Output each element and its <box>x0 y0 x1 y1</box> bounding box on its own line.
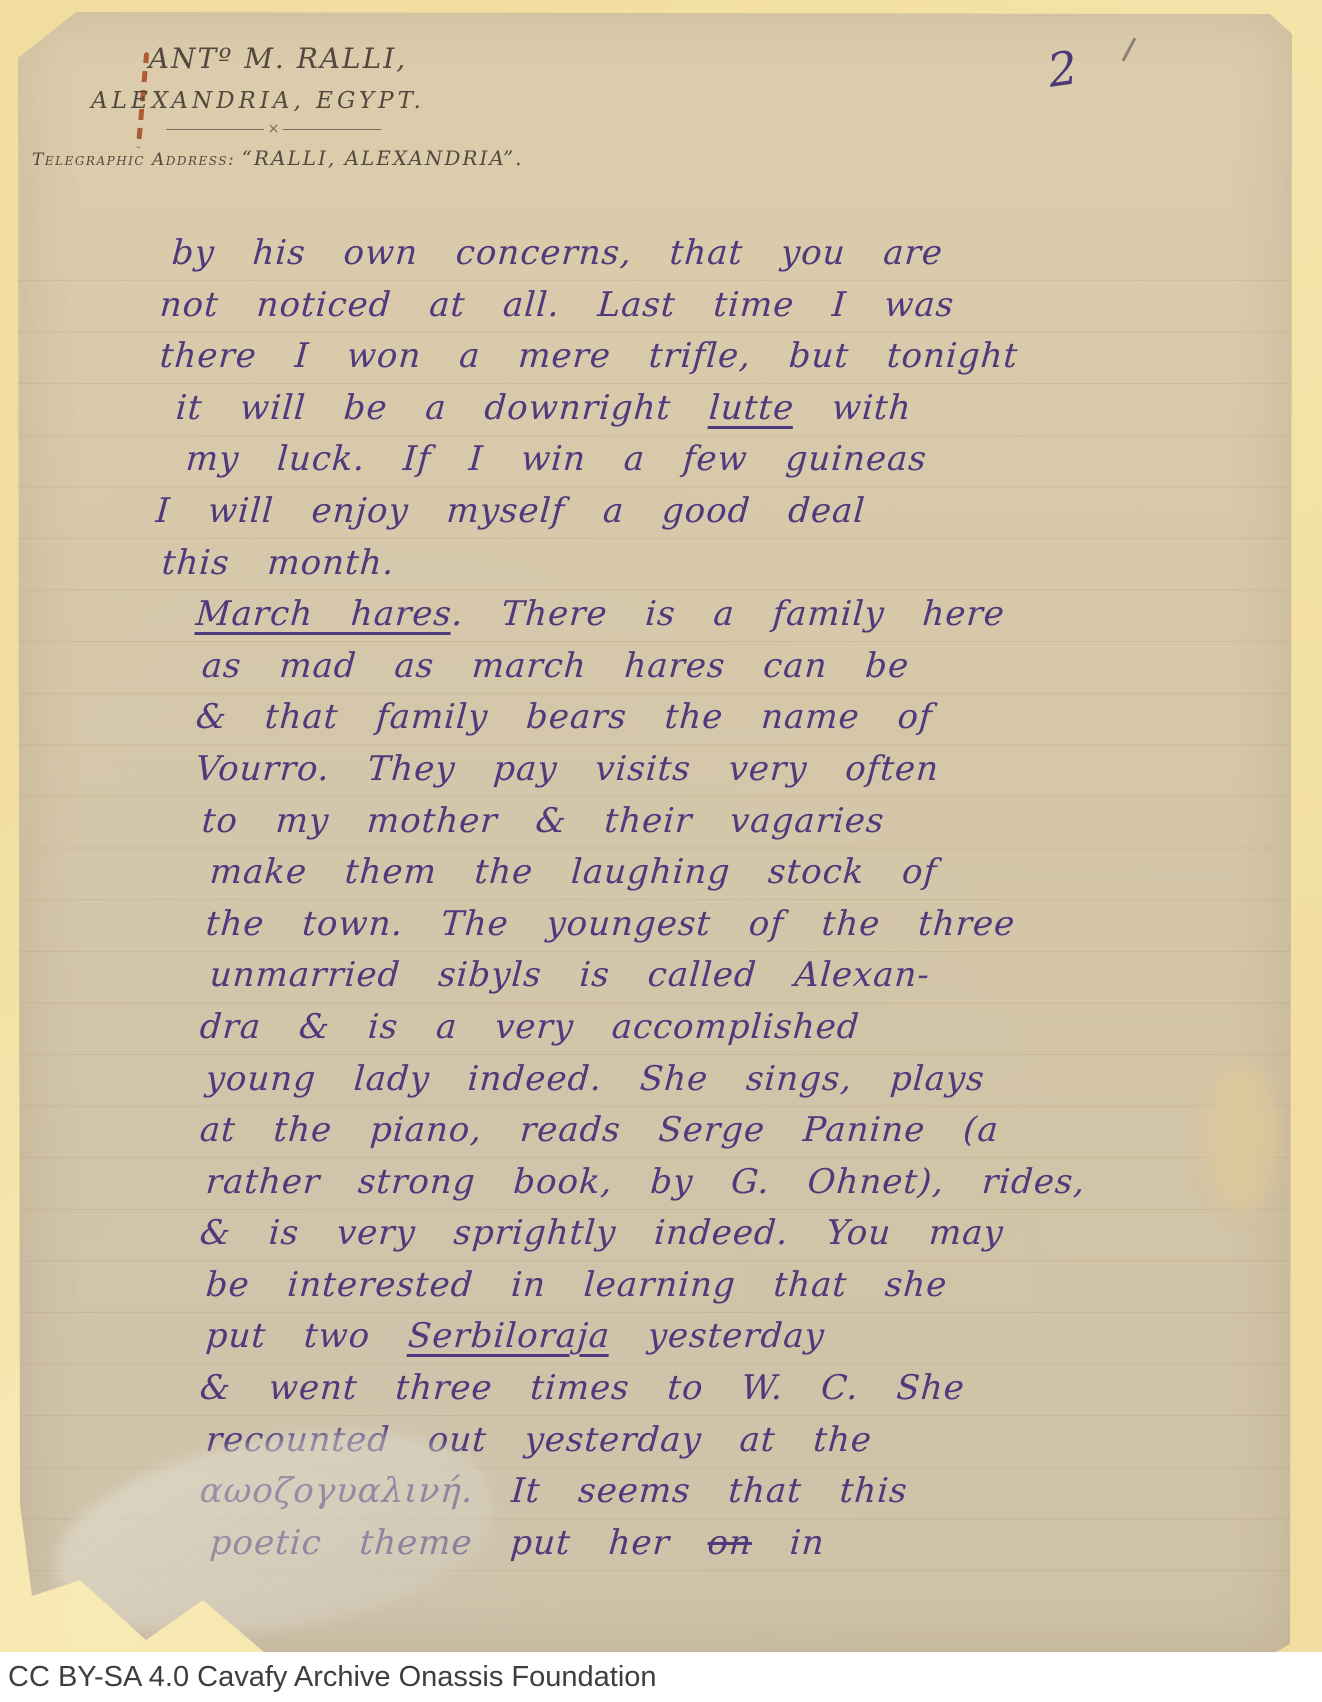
text-segment: with <box>793 388 913 428</box>
handwritten-line: & that family bears the name of <box>150 692 1284 744</box>
text-segment: my luck. If I win a few guineas <box>184 439 928 479</box>
text-segment: young lady indeed. She sings, plays <box>204 1059 986 1099</box>
letterhead-city: ALEXANDRIA, EGYPT. <box>68 88 448 114</box>
text-segment: it will be a downright <box>174 388 710 428</box>
handwritten-line: by his own concerns, that you are <box>150 228 1284 280</box>
text-segment: I will enjoy myself a good deal <box>154 491 866 531</box>
handwritten-line: the town. The youngest of the three <box>150 899 1284 951</box>
telegraphic-value: “RALLI, ALEXANDRIA”. <box>242 146 524 170</box>
handwritten-line: rather strong book, by G. Ohnet), rides, <box>150 1157 1284 1209</box>
handwritten-line: as mad as march hares can be <box>150 641 1284 693</box>
text-segment: & is very sprightly indeed. You may <box>198 1213 1005 1253</box>
text-segment: at the piano, reads Serge Panine (a <box>198 1110 1000 1150</box>
handwritten-line: this month. <box>150 538 1284 590</box>
handwritten-line: unmarried sibyls is called Alexan- <box>150 950 1284 1002</box>
letterhead-telegraphic: Telegraphic Address: “RALLI, ALEXANDRIA”… <box>32 146 552 170</box>
letter-paper: ANTº M. RALLI, ALEXANDRIA, EGYPT. × Tele… <box>18 12 1292 1652</box>
telegraphic-label: Telegraphic Address: <box>32 150 235 170</box>
page-number: 2 <box>1044 40 1081 98</box>
underlined-phrase: March hares <box>194 594 453 634</box>
letterhead-divider: × <box>166 124 381 134</box>
text-segment: put two <box>204 1316 409 1356</box>
text-segment: not noticed at all. Last time I was <box>158 285 955 325</box>
text-segment: & that family bears the name of <box>194 697 934 737</box>
handwritten-line: make them the laughing stock of <box>150 847 1284 899</box>
struck-word: on <box>706 1523 753 1563</box>
handwritten-line: put two Serbiloraja yesterday <box>150 1311 1284 1363</box>
divider-line-left <box>166 129 264 130</box>
text-segment: to my mother & their vagaries <box>200 801 885 841</box>
text-segment: by his own concerns, that you are <box>170 233 944 273</box>
divider-line-right <box>283 129 381 130</box>
text-segment: & went three times to W. C. She <box>198 1368 966 1408</box>
text-segment: the town. The youngest of the three <box>204 904 1016 944</box>
paper-stain <box>1206 1062 1278 1212</box>
handwritten-line: there I won a mere trifle, but tonight <box>150 331 1284 383</box>
handwritten-line: & went three times to W. C. She <box>150 1363 1284 1415</box>
handwritten-line: my luck. If I win a few guineas <box>150 434 1284 486</box>
letterhead-name: ANTº M. RALLI, <box>88 42 468 75</box>
divider-x-glyph: × <box>264 124 284 134</box>
handwritten-line: at the piano, reads Serge Panine (a <box>150 1105 1284 1157</box>
handwritten-line: & is very sprightly indeed. You may <box>150 1208 1284 1260</box>
license-caption-text: CC BY-SA 4.0 Cavafy Archive Onassis Foun… <box>8 1661 657 1694</box>
handwritten-line: be interested in learning that she <box>150 1260 1284 1312</box>
text-segment: be interested in learning that she <box>204 1265 948 1305</box>
handwritten-line: Vourro. They pay visits very often <box>150 744 1284 796</box>
text-segment: Vourro. They pay visits very often <box>194 749 940 789</box>
pencil-mark <box>1122 37 1137 61</box>
underlined-phrase: Serbiloraja <box>407 1316 612 1356</box>
handwritten-line: not noticed at all. Last time I was <box>150 280 1284 332</box>
text-segment: dra & is a very accomplished <box>198 1007 861 1047</box>
text-segment: yesterday <box>609 1316 827 1356</box>
handwritten-line: I will enjoy myself a good deal <box>150 486 1284 538</box>
text-segment: this month. <box>160 543 395 583</box>
underlined-phrase: lutte <box>708 388 796 428</box>
scan-background: ANTº M. RALLI, ALEXANDRIA, EGYPT. × Tele… <box>0 0 1322 1702</box>
text-segment: . There is a family here <box>451 594 1007 634</box>
text-segment: in <box>751 1523 826 1563</box>
handwritten-line: it will be a downright lutte with <box>150 383 1284 435</box>
text-segment: unmarried sibyls is called Alexan- <box>208 955 931 995</box>
text-segment: make them the laughing stock of <box>208 852 938 892</box>
license-caption: CC BY-SA 4.0 Cavafy Archive Onassis Foun… <box>0 1652 1322 1702</box>
handwritten-line: dra & is a very accomplished <box>150 1002 1284 1054</box>
letter-body: by his own concerns, that you arenot not… <box>150 228 1280 1569</box>
text-segment: rather strong book, by G. Ohnet), rides, <box>204 1162 1086 1202</box>
handwritten-line: March hares. There is a family here <box>150 589 1284 641</box>
text-segment: there I won a mere trifle, but tonight <box>158 336 1019 376</box>
text-segment: as mad as march hares can be <box>200 646 910 686</box>
handwritten-line: to my mother & their vagaries <box>150 796 1284 848</box>
handwritten-line: young lady indeed. She sings, plays <box>150 1054 1284 1106</box>
